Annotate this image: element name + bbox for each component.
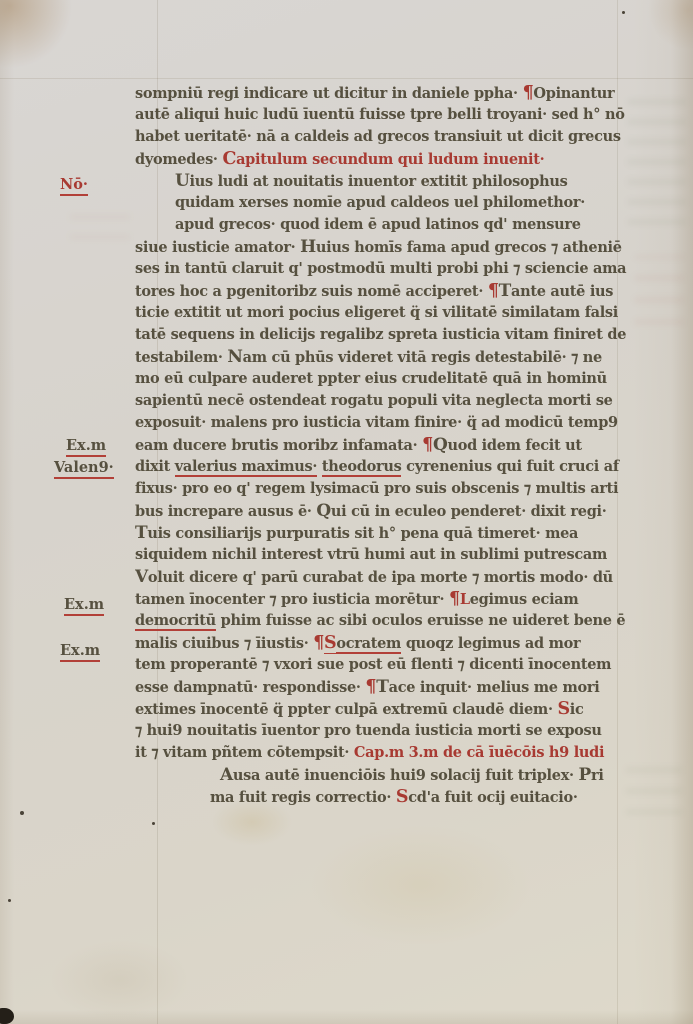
text-segment: Q xyxy=(316,501,331,521)
showthrough-text-ghost xyxy=(634,255,684,325)
text-segment: T xyxy=(135,523,147,543)
text-segment: S xyxy=(324,633,336,654)
text-segment: autē aliqui huic ludū īuentū fuisse tpre… xyxy=(135,106,625,123)
text-segment: Cap.m 3.m de cā īuēcōis h9 ludi xyxy=(354,744,604,761)
text-segment: siue iusticie amator· xyxy=(135,239,300,256)
text-line: eam ducere brutis moribz infamata· ¶Quod… xyxy=(135,434,638,456)
pilcrow-mark: ¶ xyxy=(449,589,460,609)
text-segment: it ⁊ vitam pñtem cōtempsit· xyxy=(135,744,354,761)
margin-note: Valen9· xyxy=(54,459,114,479)
text-segment: malis ciuibus ⁊ īiustis· xyxy=(135,635,313,652)
text-line: tores hoc a pgenitoribz suis nomē accipe… xyxy=(135,280,638,302)
text-segment: sompniū regi indicare ut dicitur in dani… xyxy=(135,85,523,102)
text-line: siquidem nichil interest vtrū humi aut i… xyxy=(135,544,638,566)
text-segment: mo eū culpare auderet ppter eius crudeli… xyxy=(135,370,607,387)
text-segment: dixit xyxy=(135,458,175,475)
text-segment: ui cū in eculeo penderet· dixit regi· xyxy=(331,503,607,520)
text-segment: ma fuit regis correctio· xyxy=(210,789,396,806)
text-line: sompniū regi indicare ut dicitur in dani… xyxy=(135,82,638,104)
text-line: bus increpare ausus ē· Qui cū in eculeo … xyxy=(135,500,638,522)
text-segment: usa autē inuenciōis hui9 solacij fuit tr… xyxy=(233,767,579,784)
showthrough-text-ghost xyxy=(70,200,130,240)
text-segment: egimus eciam xyxy=(470,591,579,608)
text-line: quidam xerses nomīe apud caldeos uel phi… xyxy=(135,192,638,214)
text-line: apud grecos· quod idem ē apud latinos qd… xyxy=(135,214,638,236)
text-segment: tamen īnocenter ⁊ pro iusticia morētur· xyxy=(135,591,449,608)
text-segment: ocratem xyxy=(336,635,401,654)
text-line: tamen īnocenter ⁊ pro iusticia morētur· … xyxy=(135,588,638,610)
text-segment: T xyxy=(499,281,511,301)
ink-speck xyxy=(152,822,155,825)
text-segment: S xyxy=(557,699,569,719)
text-segment: oluit dicere q' parū curabat de ipa mort… xyxy=(148,569,613,586)
text-line: Voluit dicere q' parū curabat de ipa mor… xyxy=(135,566,638,588)
text-line: esse dampnatū· respondisse· ¶Tace inquit… xyxy=(135,676,638,698)
text-segment: apitulum secundum qui ludum inuenit· xyxy=(236,151,544,168)
text-segment: habet ueritatē· nā a caldeis ad grecos t… xyxy=(135,128,621,145)
text-segment: S xyxy=(396,787,408,807)
text-segment: ticie extitit ut mori pocius eligeret q̈… xyxy=(135,304,618,321)
text-segment: quidam xerses nomīe apud caldeos uel phi… xyxy=(175,194,585,211)
text-segment: apud grecos· quod idem ē apud latinos qd… xyxy=(175,216,581,233)
text-line: exposuit· malens pro iusticia vitam fini… xyxy=(135,412,638,434)
text-segment: exposuit· malens pro iusticia vitam fini… xyxy=(135,414,618,431)
pilcrow-mark: ¶ xyxy=(422,435,433,455)
text-segment: U xyxy=(175,171,190,191)
text-segment: ius ludi at nouitatis inuentor extitit p… xyxy=(190,173,568,190)
text-segment: quoqz legimus ad mor xyxy=(401,635,580,652)
text-line: Tuis consiliarijs purpuratis sit h° pena… xyxy=(135,522,638,544)
text-line: ⁊ hui9 nouitatis īuentor pro tuenda iust… xyxy=(135,720,638,742)
text-line: malis ciuibus ⁊ īiustis· ¶Socratem quoqz… xyxy=(135,632,638,654)
text-line: tatē sequens in delicijs regalibz spreta… xyxy=(135,324,638,346)
text-segment: ⁊ hui9 nouitatis īuentor pro tuenda iust… xyxy=(135,722,602,739)
pilcrow-mark: ¶ xyxy=(488,281,499,301)
text-segment: tatē sequens in delicijs regalibz spreta… xyxy=(135,326,626,343)
pilcrow-mark: ¶ xyxy=(365,677,376,697)
text-segment: ri xyxy=(591,767,604,784)
text-segment: ic xyxy=(570,701,584,718)
text-line: Uius ludi at nouitatis inuentor extitit … xyxy=(135,170,638,192)
text-segment: L xyxy=(460,591,470,608)
text-line: mo eū culpare auderet ppter eius crudeli… xyxy=(135,368,638,390)
ruling-line-horizontal-top xyxy=(0,78,693,79)
text-segment: uod idem fecit ut xyxy=(447,437,581,454)
ink-speck xyxy=(20,811,24,815)
text-line: it ⁊ vitam pñtem cōtempsit· Cap.m 3.m de… xyxy=(135,742,638,764)
text-segment: tem properantē ⁊ vxori sue post eū flent… xyxy=(135,656,611,673)
text-line: testabilem· Nam cū phūs videret vitā reg… xyxy=(135,346,638,368)
text-segment: extimes īnocentē q̈ ppter culpā extremū … xyxy=(135,701,557,718)
text-segment: cd'a fuit ocij euitacio· xyxy=(408,789,577,806)
margin-note: Ex.m xyxy=(60,642,100,662)
text-line: extimes īnocentē q̈ ppter culpā extremū … xyxy=(135,698,638,720)
text-line: habet ueritatē· nā a caldeis ad grecos t… xyxy=(135,126,638,148)
text-line: tem properantē ⁊ vxori sue post eū flent… xyxy=(135,654,638,676)
margin-note: Ex.m xyxy=(64,596,104,616)
text-line: siue iusticie amator· Huius homīs fama a… xyxy=(135,236,638,258)
text-segment: democritū xyxy=(135,612,216,631)
text-segment: valerius maximus· xyxy=(175,458,317,477)
text-line: ticie extitit ut mori pocius eligeret q̈… xyxy=(135,302,638,324)
text-segment: ace inquit· melius me mori xyxy=(389,679,600,696)
text-segment: sapientū necē ostendeat rogatu populi vi… xyxy=(135,392,613,409)
text-segment: H xyxy=(300,237,316,257)
text-segment: am cū phūs videret vitā regis detestabil… xyxy=(243,349,602,366)
text-segment: P xyxy=(579,765,591,785)
text-segment: eam ducere brutis moribz infamata· xyxy=(135,437,422,454)
text-segment: theodorus xyxy=(322,458,402,477)
text-segment: ante autē ius xyxy=(511,283,613,300)
text-segment: uis consiliarijs purpuratis sit h° pena … xyxy=(147,525,578,542)
text-segment: tores hoc a pgenitoribz suis nomē accipe… xyxy=(135,283,488,300)
pilcrow-mark: ¶ xyxy=(313,633,324,653)
text-segment: uius homīs fama apud grecos ⁊ atheniē xyxy=(316,239,622,256)
text-segment: esse dampnatū· respondisse· xyxy=(135,679,365,696)
text-line: sapientū necē ostendeat rogatu populi vi… xyxy=(135,390,638,412)
text-line: autē aliqui huic ludū īuentū fuisse tpre… xyxy=(135,104,638,126)
text-segment: ses in tantū claruit q' postmodū multi p… xyxy=(135,260,626,277)
text-segment: phim fuisse ac sibi oculos eruisse ne ui… xyxy=(216,612,625,629)
text-segment: testabilem· xyxy=(135,349,227,366)
text-segment: V xyxy=(135,567,148,587)
text-line: dyomedes· Capitulum secundum qui ludum i… xyxy=(135,148,638,170)
nota-mark: Nō· xyxy=(60,176,88,196)
text-block: sompniū regi indicare ut dicitur in dani… xyxy=(135,82,638,808)
text-line: democritū phim fuisse ac sibi oculos eru… xyxy=(135,610,638,632)
text-segment: cyrenenius qui fuit cruci af xyxy=(401,458,618,475)
text-segment: N xyxy=(227,347,242,367)
margin-note: Ex.m xyxy=(66,437,106,457)
corner-blot xyxy=(0,1008,14,1024)
text-line: fixus· pro eo q' regem lysimacū pro suis… xyxy=(135,478,638,500)
pilcrow-mark: ¶ xyxy=(523,83,534,103)
text-segment: T xyxy=(376,677,388,697)
text-line: Ausa autē inuenciōis hui9 solacij fuit t… xyxy=(135,764,638,786)
text-segment: C xyxy=(222,149,236,169)
text-segment: siquidem nichil interest vtrū humi aut i… xyxy=(135,546,607,563)
text-segment: Q xyxy=(433,435,448,455)
text-line: dixit valerius maximus· theodorus cyrene… xyxy=(135,456,638,478)
text-line: ma fuit regis correctio· Scd'a fuit ocij… xyxy=(135,786,638,808)
text-line: ses in tantū claruit q' postmodū multi p… xyxy=(135,258,638,280)
text-segment: dyomedes· xyxy=(135,151,222,168)
ink-speck xyxy=(8,899,11,902)
manuscript-page-photo: Nō·Ex.mValen9·Ex.mEx.m sompniū regi indi… xyxy=(0,0,693,1024)
text-segment: Opinantur xyxy=(533,85,614,102)
ink-speck xyxy=(622,11,625,14)
text-segment: A xyxy=(220,765,233,785)
text-segment: fixus· pro eo q' regem lysimacū pro suis… xyxy=(135,480,618,497)
text-segment: bus increpare ausus ē· xyxy=(135,503,316,520)
